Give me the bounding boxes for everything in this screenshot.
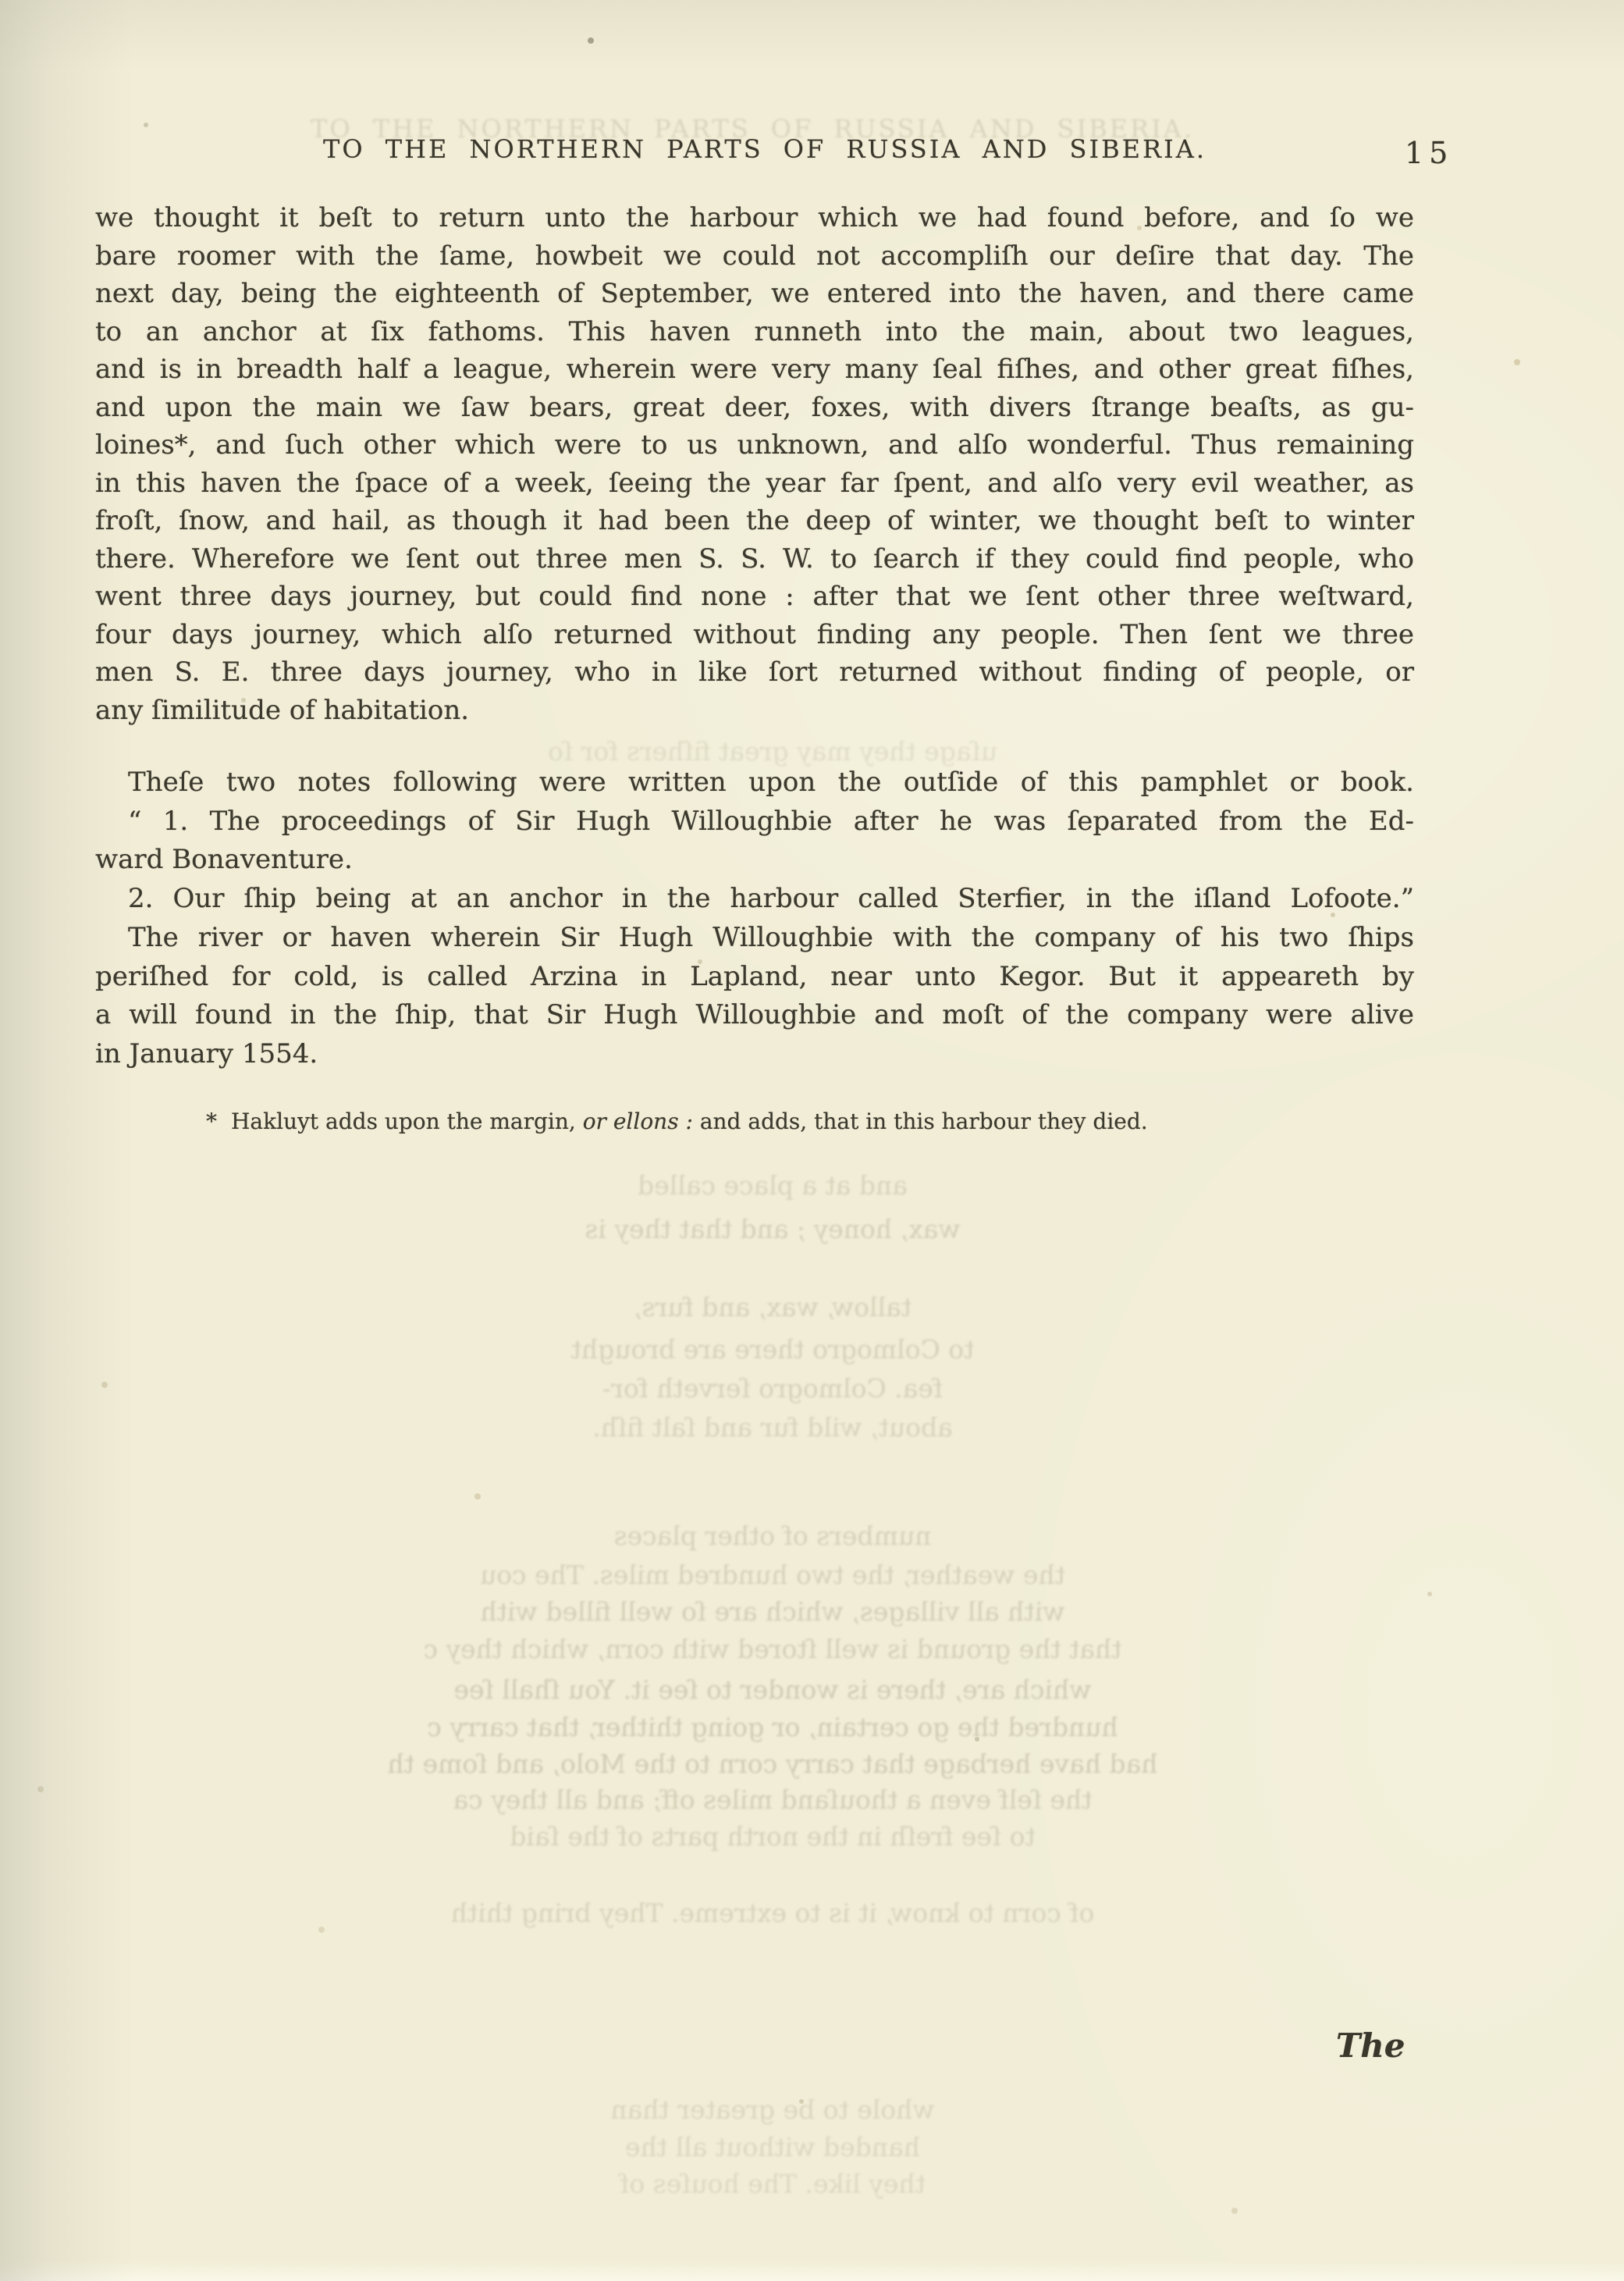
footnote-asterisk: * — [206, 1108, 231, 1134]
catchword: The — [1336, 2027, 1405, 2065]
body-text-line: a will found in the ſhip, that Sir Hugh … — [95, 996, 1414, 1034]
notes-block: Theſe two notes following were written u… — [0, 0, 1624, 2281]
body-text-line: ward Bonaventure. — [95, 841, 1414, 878]
footnote: *Hakluyt adds upon the margin, or ellons… — [206, 1108, 1423, 1134]
body-text-line: 2. Our ſhip being at an anchor in the ha… — [95, 880, 1414, 917]
body-text-line: “ 1. The proceedings of Sir Hugh Willoug… — [95, 802, 1414, 840]
body-text-line: Theſe two notes following were written u… — [95, 763, 1414, 801]
body-text-line: The river or haven wherein Sir Hugh Will… — [95, 919, 1414, 956]
body-text-line: in January 1554. — [95, 1035, 1414, 1073]
footnote-text-after: and adds, that in this harbour they died… — [693, 1108, 1148, 1134]
book-page: TO THE NORTHERN PARTS OF RUSSIA AND SIBE… — [0, 0, 1624, 2281]
footnote-text-before: Hakluyt adds upon the margin, — [231, 1108, 583, 1134]
footnote-text-italic: or ellons : — [583, 1108, 693, 1134]
body-text-line: periſhed for cold, is called Arzina in L… — [95, 958, 1414, 995]
